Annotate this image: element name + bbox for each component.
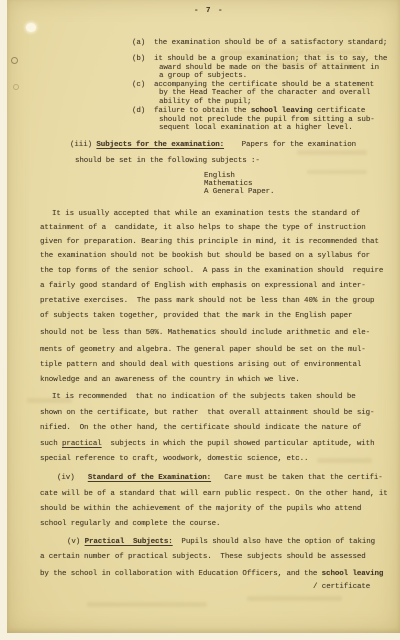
text-segment: (iv) xyxy=(57,474,88,482)
list-item-d-cont: sequent local examination at a higher le… xyxy=(159,124,353,133)
text-segment: pretative exercises. The pass mark shoul… xyxy=(40,297,374,305)
text-segment: (d) failure to obtain the xyxy=(132,107,251,115)
paragraph-line: shown on the certificate, but rather tha… xyxy=(40,409,374,418)
text-segment: (iii) xyxy=(70,141,96,149)
paragraph-line: nified. On the other hand, the certifica… xyxy=(40,424,361,433)
text-segment: It is recommended that no indication of … xyxy=(52,393,356,401)
list-item-a: (a) the examination should be of a satis… xyxy=(132,39,387,48)
text-segment: a fairly good standard of English with e… xyxy=(40,282,366,290)
text-segment: Mathematics xyxy=(204,180,252,188)
text-segment: It is usually accepted that while an exa… xyxy=(52,210,360,218)
paper-speck xyxy=(11,57,18,64)
text-segment: by the Head Teacher of the character and… xyxy=(159,89,370,97)
text-segment: school leaving xyxy=(322,570,384,578)
text-segment: by the school in collaboration with Educ… xyxy=(40,570,322,578)
text-segment: should be within the achievement of the … xyxy=(40,505,361,513)
paragraph-line: the examination should not be bookish bu… xyxy=(40,252,370,261)
text-segment: (b) it should be a group examination; th… xyxy=(132,55,387,63)
paragraph-line: should be set in the following subjects … xyxy=(75,157,260,166)
ink-showthrough xyxy=(307,170,367,174)
paragraph-line: cate will be of a standard that will ear… xyxy=(40,490,388,499)
paragraph-line: the top forms of the senior school. A pa… xyxy=(40,267,383,276)
paragraph-line: pretative exercises. The pass mark shoul… xyxy=(40,297,374,306)
text-segment: certificate xyxy=(312,107,365,115)
ink-showthrough xyxy=(317,458,372,463)
paragraph-line: such practical subjects in which the pup… xyxy=(40,440,374,449)
text-segment: Papers for the examination xyxy=(224,141,356,149)
text-segment: shown on the certificate, but rather tha… xyxy=(40,409,374,417)
paper-hole-mark xyxy=(26,23,36,32)
text-segment: school regularly and complete the course… xyxy=(40,520,220,528)
list-item-c-cont: ability of the pupil; xyxy=(159,98,251,107)
text-segment: English xyxy=(204,172,235,180)
text-segment: the examination should not be bookish bu… xyxy=(40,252,370,260)
subject-item: A General Paper. xyxy=(204,188,274,197)
text-segment: (a) the examination should be of a satis… xyxy=(132,39,387,47)
catchword: / certificate xyxy=(313,583,370,592)
ink-showthrough xyxy=(87,602,207,607)
paragraph-line: knowledge and an awareness of the countr… xyxy=(40,376,300,385)
paper-speck xyxy=(13,84,19,90)
paragraph-line: by the school in collaboration with Educ… xyxy=(40,570,383,579)
text-segment: Pupils should also have the option of ta… xyxy=(173,538,375,546)
paragraph-line: attainment of a candidate, it also helps… xyxy=(40,224,366,233)
document-page: - 7 - (a) the examination should be of a… xyxy=(7,0,400,633)
ink-showthrough xyxy=(297,150,367,155)
text-segment: should not preclude the pupil from sitti… xyxy=(159,116,375,124)
text-segment: sequent local examination at a higher le… xyxy=(159,124,353,132)
text-segment: should not be less than 50%. Mathematics… xyxy=(40,329,370,337)
section-heading-iii: (iii) Subjects for the examination: Pape… xyxy=(70,141,356,150)
paragraph-line: should not be less than 50%. Mathematics… xyxy=(40,329,370,338)
text-segment: special reference to craft, woodwork, do… xyxy=(40,455,308,463)
text-segment: Standard of the Examination: xyxy=(88,474,211,482)
paragraph-line: special reference to craft, woodwork, do… xyxy=(40,455,308,464)
paragraph-line: a certain number of practical subjects. … xyxy=(40,553,366,562)
text-segment: ments of geometry and algebra. The gener… xyxy=(40,346,366,354)
paragraph-line: a fairly good standard of English with e… xyxy=(40,282,366,291)
text-segment: cate will be of a standard that will ear… xyxy=(40,490,388,498)
text-segment: should be set in the following subjects … xyxy=(75,157,260,165)
text-segment: attainment of a candidate, it also helps… xyxy=(40,224,366,232)
text-segment: subjects in which the pupil showed parti… xyxy=(102,440,375,448)
paragraph-line: school regularly and complete the course… xyxy=(40,520,220,529)
section-heading-v: (v) Practical Subjects: Pupils should al… xyxy=(67,538,375,547)
text-segment: of subjects taken together, provided tha… xyxy=(40,312,352,320)
text-segment: the top forms of the senior school. A pa… xyxy=(40,267,383,275)
text-segment: Practical Subjects: xyxy=(85,538,173,546)
text-segment: ability of the pupil; xyxy=(159,98,251,106)
text-segment: a group of subjects. xyxy=(159,72,247,80)
paragraph-line: ments of geometry and algebra. The gener… xyxy=(40,346,366,355)
text-segment: a certain number of practical subjects. … xyxy=(40,553,366,561)
section-heading-iv: (iv) Standard of the Examination: Care m… xyxy=(57,474,383,483)
text-segment: (v) xyxy=(67,538,85,546)
text-segment: given for preparation. Bearing this prin… xyxy=(40,238,379,246)
text-segment: (c) accompanying the certificate should … xyxy=(132,81,374,89)
text-segment: award should be made on the basis of att… xyxy=(159,64,379,72)
paragraph-line: tiple pattern and should deal with quest… xyxy=(40,361,361,370)
text-segment: tiple pattern and should deal with quest… xyxy=(40,361,361,369)
text-segment: knowledge and an awareness of the countr… xyxy=(40,376,300,384)
text-segment: practical xyxy=(62,440,102,448)
text-segment: A General Paper. xyxy=(204,188,274,196)
scan-background: - 7 - (a) the examination should be of a… xyxy=(0,0,400,640)
paragraph-line: It is usually accepted that while an exa… xyxy=(52,210,360,219)
page-number: - 7 - xyxy=(194,7,224,16)
ink-showthrough xyxy=(247,596,342,601)
text-segment: nified. On the other hand, the certifica… xyxy=(40,424,361,432)
text-segment: Care must be taken that the certifi- xyxy=(211,474,383,482)
paragraph-line: of subjects taken together, provided tha… xyxy=(40,312,352,321)
paragraph-line: given for preparation. Bearing this prin… xyxy=(40,238,379,247)
text-segment: such xyxy=(40,440,62,448)
paragraph-line: should be within the achievement of the … xyxy=(40,505,361,514)
paragraph-line: It is recommended that no indication of … xyxy=(52,393,356,402)
text-segment: Subjects for the examination: xyxy=(96,141,224,149)
text-segment: school leaving xyxy=(251,107,313,115)
